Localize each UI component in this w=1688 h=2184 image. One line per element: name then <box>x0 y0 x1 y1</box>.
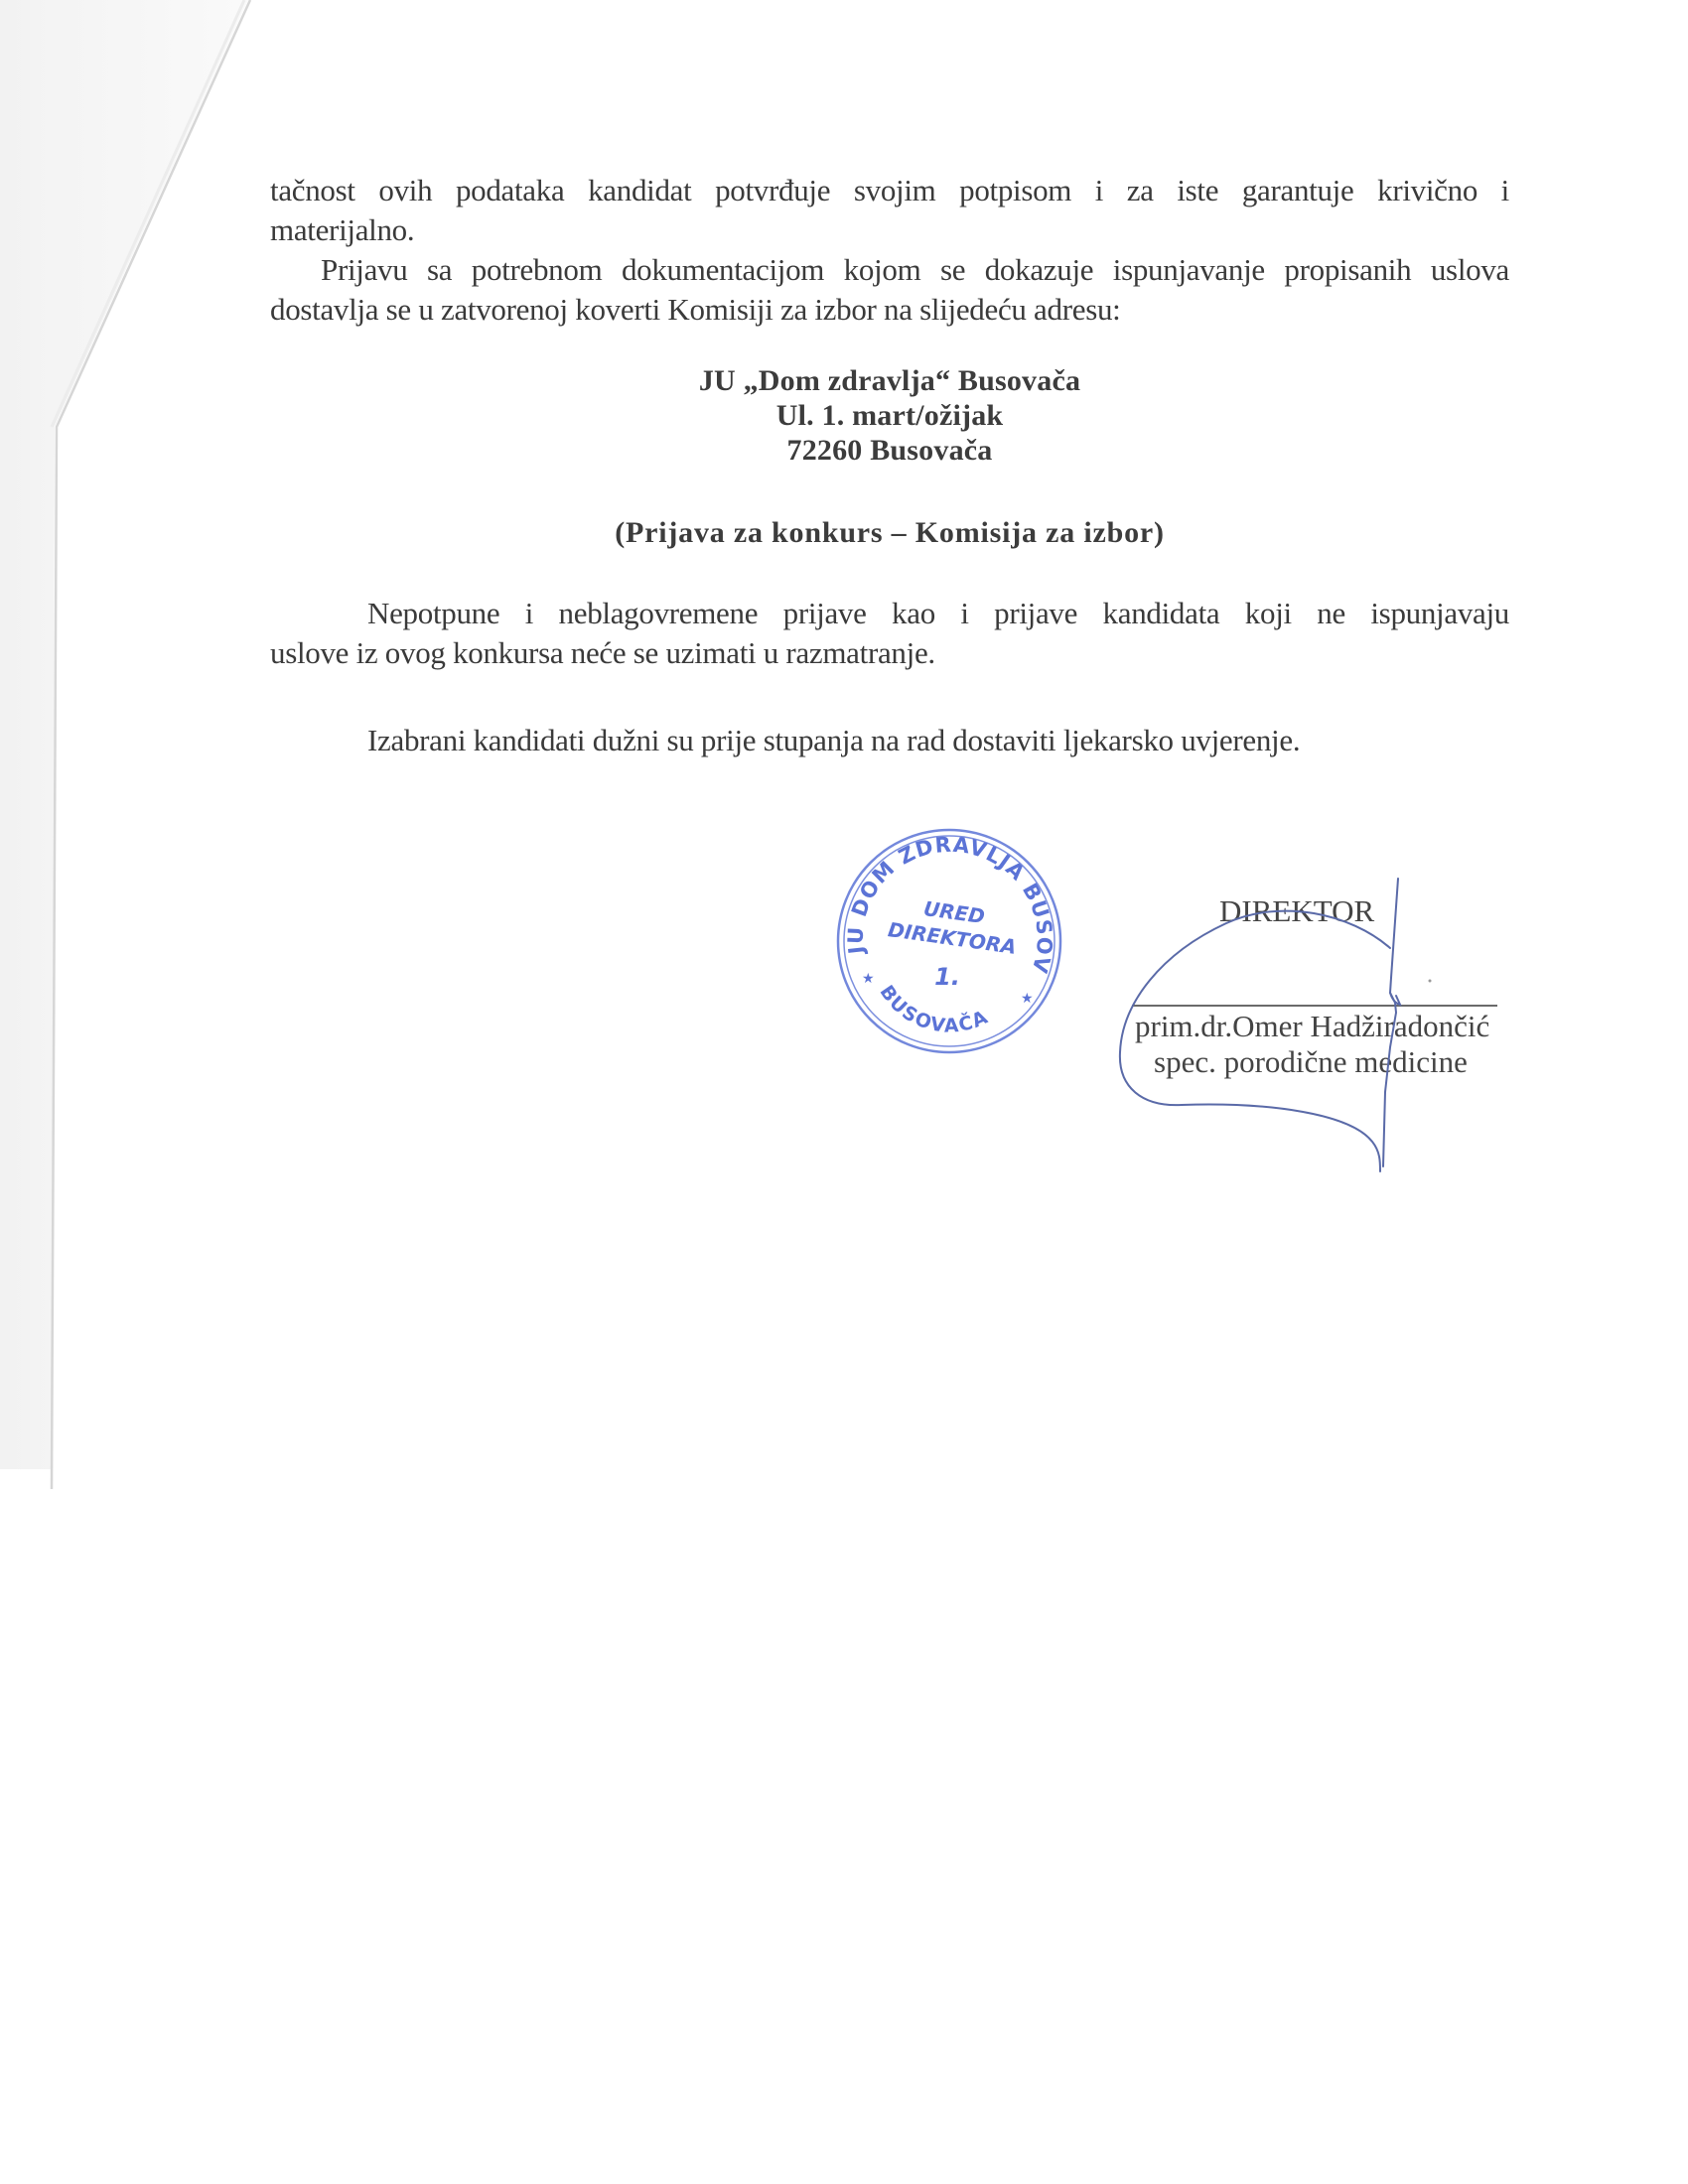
signatory-role: spec. porodične medicine <box>1154 1044 1468 1080</box>
signatory-name: prim.dr.Omer Hadžiradončić <box>1135 1009 1489 1044</box>
paragraph-medical-certificate: Izabrani kandidati dužni su prije stupan… <box>270 721 1509 760</box>
stamp-center-number: 1. <box>934 963 960 991</box>
paragraph-declaration: tačnost ovih podataka kandidat potvrđuje… <box>270 171 1509 250</box>
text-line: tačnost ovih podataka kandidat potvrđuje… <box>270 171 1509 210</box>
address-block: JU „Dom zdravlja“ Busovača Ul. 1. mart/o… <box>270 363 1509 468</box>
address-line-city: 72260 Busovača <box>270 433 1509 468</box>
paragraph-incomplete-applications: Nepotpune i neblagovremene prijave kao i… <box>270 594 1509 673</box>
address-line-institution: JU „Dom zdravlja“ Busovača <box>270 363 1509 398</box>
paragraph-submission: Prijavu sa potrebnom dokumentacijom kojo… <box>270 250 1509 330</box>
text-line: Prijavu sa potrebnom dokumentacijom kojo… <box>270 250 1509 290</box>
official-stamp: JU DOM ZDRAVLJA BUSOVAČA BUSOVAČA URED D… <box>832 824 1066 1058</box>
text-line: materijalno. <box>270 210 1509 250</box>
envelope-subject: (Prijava za konkurs – Komisija za izbor) <box>270 515 1509 550</box>
star-icon: ★ <box>862 971 875 987</box>
document-body: tačnost ovih podataka kandidat potvrđuje… <box>270 171 1509 791</box>
text-line: Nepotpune i neblagovremene prijave kao i… <box>270 594 1509 633</box>
text-line: uslove iz ovog konkursa neće se uzimati … <box>270 633 1509 673</box>
signature-line <box>1132 1005 1497 1007</box>
address-line-street: Ul. 1. mart/ožijak <box>270 398 1509 433</box>
signature-title: DIREKTOR <box>1219 893 1374 929</box>
scan-page-edge <box>0 0 258 2184</box>
text-line: dostavlja se u zatvorenoj koverti Komisi… <box>270 290 1509 330</box>
signature-block: DIREKTOR prim.dr.Omer Hadžiradončić spec… <box>1092 854 1509 1181</box>
star-icon: ★ <box>1021 991 1034 1007</box>
